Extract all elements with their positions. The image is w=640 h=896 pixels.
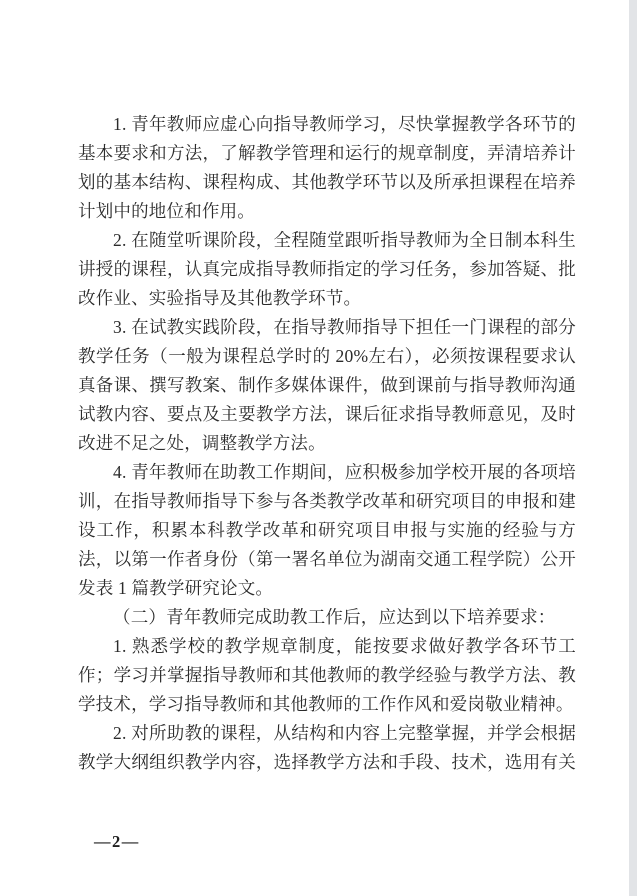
text-line: 发表 1 篇教学研究论文。 bbox=[78, 574, 576, 603]
text-line: 学技术，学习指导教师和其他教师的工作作风和爱岗敬业精神。 bbox=[78, 690, 576, 719]
text-line: 改进不足之处，调整教学方法。 bbox=[78, 429, 576, 458]
text-line: 试教内容、要点及主要教学方法，课后征求指导教师意见，及时 bbox=[78, 400, 576, 429]
text-line: 改作业、实验指导及其他教学环节。 bbox=[78, 284, 576, 313]
paragraph-item-2: 2. 在随堂听课阶段，全程随堂跟听指导教师为全日制本科生讲授的课程，认真完成指导… bbox=[78, 226, 576, 313]
paragraph-item-1: 1. 青年教师应虚心向指导教师学习，尽快掌握教学各环节的基本要求和方法，了解教学… bbox=[78, 110, 576, 226]
text-line: 设工作，积累本科教学改革和研究项目申报与实施的经验与方 bbox=[78, 516, 576, 545]
document-body: 1. 青年教师应虚心向指导教师学习，尽快掌握教学各环节的基本要求和方法，了解教学… bbox=[78, 110, 576, 777]
text-line: 划的基本结构、课程构成、其他教学环节以及所承担课程在培养 bbox=[78, 168, 576, 197]
paragraph-section-heading-2: （二）青年教师完成助教工作后，应达到以下培养要求： bbox=[78, 603, 576, 632]
text-line: 教学任务（一般为课程总学时的 20%左右），必须按课程要求认 bbox=[78, 342, 576, 371]
text-line: 2. 对所助教的课程，从结构和内容上完整掌握，并学会根据 bbox=[78, 719, 576, 748]
text-line: 作；学习并掌握指导教师和其他教师的教学经验与教学方法、教 bbox=[78, 661, 576, 690]
text-line: 1. 熟悉学校的教学规章制度，能按要求做好教学各环节工 bbox=[78, 632, 576, 661]
text-line: 教学大纲组织教学内容，选择教学方法和手段、技术，选用有关 bbox=[78, 748, 576, 777]
text-line: 计划中的地位和作用。 bbox=[78, 197, 576, 226]
page-edge-bar bbox=[629, 0, 637, 896]
text-line: 法，以第一作者身份（第一署名单位为湖南交通工程学院）公开 bbox=[78, 545, 576, 574]
paragraph-requirement-1: 1. 熟悉学校的教学规章制度，能按要求做好教学各环节工作；学习并掌握指导教师和其… bbox=[78, 632, 576, 719]
paragraph-requirement-2: 2. 对所助教的课程，从结构和内容上完整掌握，并学会根据教学大纲组织教学内容，选… bbox=[78, 719, 576, 777]
text-line: 4. 青年教师在助教工作期间，应积极参加学校开展的各项培 bbox=[78, 458, 576, 487]
text-line: 2. 在随堂听课阶段，全程随堂跟听指导教师为全日制本科生 bbox=[78, 226, 576, 255]
text-line: 真备课、撰写教案、制作多媒体课件，做到课前与指导教师沟通 bbox=[78, 371, 576, 400]
scanned-document-page: 1. 青年教师应虚心向指导教师学习，尽快掌握教学各环节的基本要求和方法，了解教学… bbox=[0, 0, 640, 896]
text-line: 讲授的课程，认真完成指导教师指定的学习任务，参加答疑、批 bbox=[78, 255, 576, 284]
paragraph-item-3: 3. 在试教实践阶段，在指导教师指导下担任一门课程的部分教学任务（一般为课程总学… bbox=[78, 313, 576, 458]
text-line: 训，在指导教师指导下参与各类教学改革和研究项目的申报和建 bbox=[78, 487, 576, 516]
text-line: 基本要求和方法，了解教学管理和运行的规章制度，弄清培养计 bbox=[78, 139, 576, 168]
text-line: 3. 在试教实践阶段，在指导教师指导下担任一门课程的部分 bbox=[78, 313, 576, 342]
text-line: 1. 青年教师应虚心向指导教师学习，尽快掌握教学各环节的 bbox=[78, 110, 576, 139]
page-number: —2— bbox=[94, 832, 140, 852]
text-line: （二）青年教师完成助教工作后，应达到以下培养要求： bbox=[78, 603, 576, 632]
paragraph-item-4: 4. 青年教师在助教工作期间，应积极参加学校开展的各项培训，在指导教师指导下参与… bbox=[78, 458, 576, 603]
